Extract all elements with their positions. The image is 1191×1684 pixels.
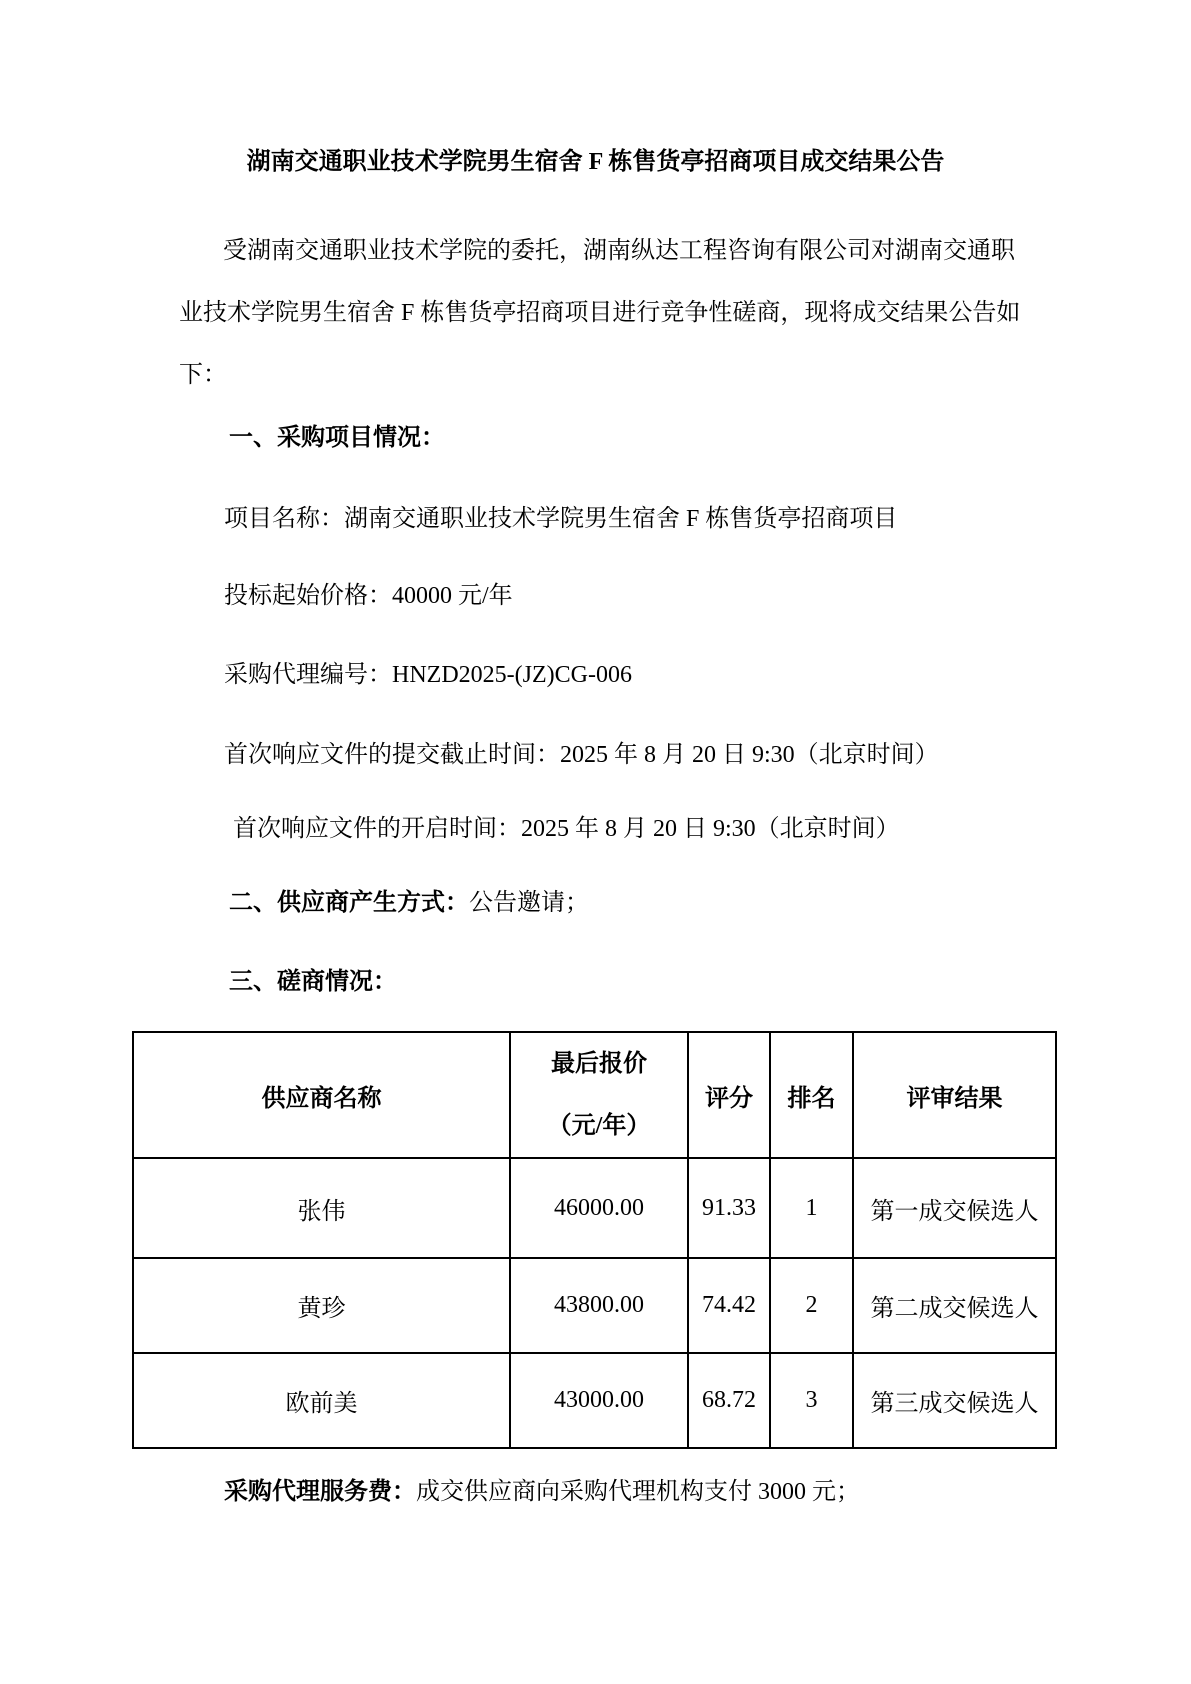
- table-row: 欧前美 43000.00 68.72 3 第三成交候选人: [133, 1353, 1056, 1448]
- cell-score: 74.42: [688, 1258, 770, 1353]
- section-2-text: 公告邀请；: [469, 890, 589, 916]
- cell-price: 43800.00: [510, 1258, 688, 1353]
- intro-paragraph: 受湖南交通职业技术学院的委托，湖南纵达工程咨询有限公司对湖南交通职 业技术学院男…: [179, 220, 1019, 406]
- cell-supplier: 欧前美: [133, 1353, 510, 1448]
- table-header-row: 供应商名称 最后报价 （元/年） 评分 排名 评审结果: [133, 1032, 1056, 1158]
- cell-score: 68.72: [688, 1353, 770, 1448]
- header-final-price-line1: 最后报价: [511, 1033, 687, 1095]
- agency-fee-note: 采购代理服务费：成交供应商向采购代理机构支付 3000 元；: [224, 1477, 860, 1508]
- header-score: 评分: [688, 1032, 770, 1158]
- item-opening-time: 首次响应文件的开启时间：2025 年 8 月 20 日 9:30（北京时间）: [233, 814, 900, 845]
- document-page: 湖南交通职业技术学院男生宿舍 F 栋售货亭招商项目成交结果公告 受湖南交通职业技…: [0, 0, 1191, 1684]
- agency-fee-label: 采购代理服务费：: [224, 1479, 416, 1505]
- section-2-label: 二、供应商产生方式：: [229, 890, 469, 916]
- cell-rank: 2: [770, 1258, 853, 1353]
- cell-supplier: 张伟: [133, 1158, 510, 1258]
- item-submission-deadline: 首次响应文件的提交截止时间：2025 年 8 月 20 日 9:30（北京时间）: [224, 740, 939, 771]
- cell-result: 第一成交候选人: [853, 1158, 1056, 1258]
- item-project-name: 项目名称：湖南交通职业技术学院男生宿舍 F 栋售货亭招商项目: [224, 504, 897, 535]
- header-review-result: 评审结果: [853, 1032, 1056, 1158]
- header-supplier-name: 供应商名称: [133, 1032, 510, 1158]
- header-final-price-line2: （元/年）: [511, 1095, 687, 1157]
- cell-supplier: 黄珍: [133, 1258, 510, 1353]
- cell-rank: 3: [770, 1353, 853, 1448]
- cell-price: 43000.00: [510, 1353, 688, 1448]
- section-1-heading: 一、采购项目情况：: [229, 423, 445, 454]
- cell-rank: 1: [770, 1158, 853, 1258]
- intro-line: 下：: [179, 344, 1019, 406]
- cell-result: 第三成交候选人: [853, 1353, 1056, 1448]
- negotiation-results-table: 供应商名称 最后报价 （元/年） 评分 排名 评审结果 张伟 46000.00 …: [132, 1031, 1057, 1449]
- cell-result: 第二成交候选人: [853, 1258, 1056, 1353]
- section-2-heading: 二、供应商产生方式：公告邀请；: [229, 888, 589, 919]
- item-start-price: 投标起始价格：40000 元/年: [224, 581, 513, 612]
- cell-score: 91.33: [688, 1158, 770, 1258]
- intro-line: 受湖南交通职业技术学院的委托，湖南纵达工程咨询有限公司对湖南交通职: [179, 220, 1019, 282]
- intro-line: 业技术学院男生宿舍 F 栋售货亭招商项目进行竞争性磋商，现将成交结果公告如: [179, 282, 1019, 344]
- section-3-heading: 三、磋商情况：: [229, 967, 397, 998]
- cell-price: 46000.00: [510, 1158, 688, 1258]
- table-row: 张伟 46000.00 91.33 1 第一成交候选人: [133, 1158, 1056, 1258]
- header-rank: 排名: [770, 1032, 853, 1158]
- item-agency-number: 采购代理编号：HNZD2025-(JZ)CG-006: [224, 660, 632, 691]
- table-row: 黄珍 43800.00 74.42 2 第二成交候选人: [133, 1258, 1056, 1353]
- agency-fee-text: 成交供应商向采购代理机构支付 3000 元；: [416, 1479, 860, 1505]
- header-final-price: 最后报价 （元/年）: [510, 1032, 688, 1158]
- page-title: 湖南交通职业技术学院男生宿舍 F 栋售货亭招商项目成交结果公告: [0, 146, 1191, 178]
